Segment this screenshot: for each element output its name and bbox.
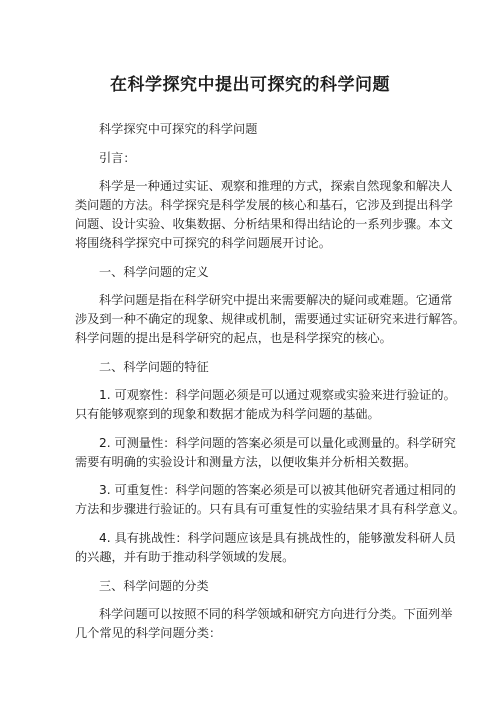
section-heading-1: 一、科学问题的定义 [99,264,209,280]
intro-label: 引言： [99,150,136,166]
section-heading-2: 二、科学问题的特征 [99,359,209,375]
section-heading-3: 三、科学问题的分类 [99,578,209,594]
subtitle: 科学探究中可探究的科学问题 [99,121,257,137]
document-title: 在科学探究中提出可探究的科学问题 [0,70,500,95]
